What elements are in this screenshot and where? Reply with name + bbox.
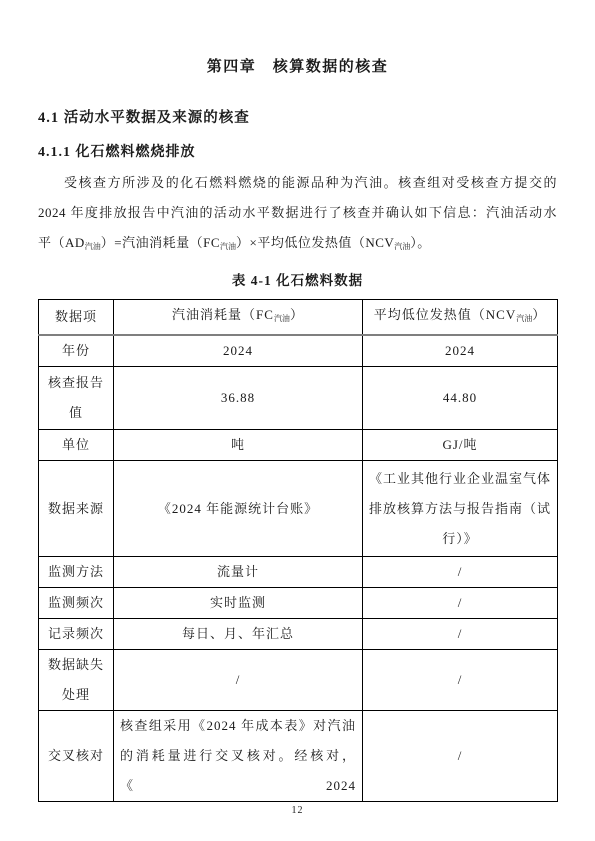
chapter-title: 第四章 核算数据的核查 xyxy=(38,56,557,78)
row-label-cell: 数据缺失处理 xyxy=(39,650,114,711)
row-label-cell: 年份 xyxy=(39,335,114,367)
table-header-row: 数据项 汽油消耗量（FC汽油） 平均低位发热值（NCV汽油） xyxy=(39,300,558,336)
value-cell: / xyxy=(363,711,558,802)
header-cell-data-item: 数据项 xyxy=(39,300,114,336)
paragraph-line-1: 受核查方所涉及的化石燃料燃烧的能源品种为汽油。核查组对受核查方提交的 xyxy=(38,168,557,198)
row-label-cell: 监测频次 xyxy=(39,588,114,619)
value-cell: / xyxy=(363,588,558,619)
section-heading-4-1-1: 4.1.1 化石燃料燃烧排放 xyxy=(38,144,557,162)
value-cell: 流量计 xyxy=(114,557,363,588)
table-row-monitoring-frequency: 监测频次 实时监测 / xyxy=(39,588,558,619)
value-cell: 每日、月、年汇总 xyxy=(114,619,363,650)
paragraph-formula-line: 平（AD汽油）=汽油消耗量（FC汽油）×平均低位发热值（NCV汽油）。 xyxy=(38,228,557,262)
row-label-cell: 交叉核对 xyxy=(39,711,114,802)
value-cell: 2024 xyxy=(114,335,363,367)
header-text: 平均低位发热值（NCV xyxy=(374,307,516,322)
header-text: 汽油消耗量（FC xyxy=(172,307,274,322)
formula-subscript: 汽油 xyxy=(220,242,236,251)
value-cell: 吨 xyxy=(114,430,363,461)
table-row-cross-check: 交叉核对 核查组采用《2024 年成本表》对汽油的消耗量进行交叉核对。经核对，《… xyxy=(39,711,558,802)
value-cell: 44.80 xyxy=(363,367,558,430)
table-caption: 表 4-1 化石燃料数据 xyxy=(38,270,557,292)
header-text: ） xyxy=(532,307,546,322)
header-text: ） xyxy=(290,307,304,322)
table-row-reported-value: 核查报告值 36.88 44.80 xyxy=(39,367,558,430)
formula-subscript: 汽油 xyxy=(85,242,101,251)
row-label-cell: 数据来源 xyxy=(39,461,114,557)
value-cell: / xyxy=(363,650,558,711)
formula-subscript: 汽油 xyxy=(394,242,410,251)
row-label-cell: 核查报告值 xyxy=(39,367,114,430)
header-subscript: 汽油 xyxy=(274,314,290,323)
table-row-monitoring-method: 监测方法 流量计 / xyxy=(39,557,558,588)
value-cell: 2024 xyxy=(363,335,558,367)
table-row-missing-data-handling: 数据缺失处理 / / xyxy=(39,650,558,711)
document-page: 第四章 核算数据的核查 4.1 活动水平数据及来源的核查 4.1.1 化石燃料燃… xyxy=(0,0,595,841)
value-cell: 36.88 xyxy=(114,367,363,430)
page-content: 第四章 核算数据的核查 4.1 活动水平数据及来源的核查 4.1.1 化石燃料燃… xyxy=(0,0,595,816)
value-cell: 实时监测 xyxy=(114,588,363,619)
section-heading-4-1: 4.1 活动水平数据及来源的核查 xyxy=(38,109,557,128)
value-cell: / xyxy=(363,557,558,588)
value-cell: / xyxy=(114,650,363,711)
value-cell: GJ/吨 xyxy=(363,430,558,461)
value-cell: 《工业其他行业企业温室气体排放核算方法与报告指南（试行）》 xyxy=(363,461,558,557)
row-label-cell: 记录频次 xyxy=(39,619,114,650)
value-cell: 《2024 年能源统计台账》 xyxy=(114,461,363,557)
header-cell-ncv: 平均低位发热值（NCV汽油） xyxy=(363,300,558,336)
value-cell: 核查组采用《2024 年成本表》对汽油的消耗量进行交叉核对。经核对，《2024 xyxy=(114,711,363,802)
formula-segment: ）=汽油消耗量（FC xyxy=(101,235,220,250)
formula-segment: ）×平均低位发热值（NCV xyxy=(236,235,394,250)
table-row-data-source: 数据来源 《2024 年能源统计台账》 《工业其他行业企业温室气体排放核算方法与… xyxy=(39,461,558,557)
formula-segment: ）。 xyxy=(410,235,431,250)
paragraph-line-2: 2024 年度排放报告中汽油的活动水平数据进行了核查并确认如下信息：汽油活动水 xyxy=(38,198,557,228)
value-cell: / xyxy=(363,619,558,650)
table-row-unit: 单位 吨 GJ/吨 xyxy=(39,430,558,461)
page-number: 12 xyxy=(38,805,557,816)
header-cell-fuel-consumption: 汽油消耗量（FC汽油） xyxy=(114,300,363,336)
fossil-fuel-data-table: 数据项 汽油消耗量（FC汽油） 平均低位发热值（NCV汽油） 年份 2024 2… xyxy=(38,299,558,802)
row-label-cell: 监测方法 xyxy=(39,557,114,588)
body-paragraph: 受核查方所涉及的化石燃料燃烧的能源品种为汽油。核查组对受核查方提交的 2024 … xyxy=(38,168,557,262)
formula-segment: 平（AD xyxy=(38,235,85,250)
header-subscript: 汽油 xyxy=(516,314,532,323)
row-label-cell: 单位 xyxy=(39,430,114,461)
table-row-year: 年份 2024 2024 xyxy=(39,335,558,367)
table-row-record-frequency: 记录频次 每日、月、年汇总 / xyxy=(39,619,558,650)
